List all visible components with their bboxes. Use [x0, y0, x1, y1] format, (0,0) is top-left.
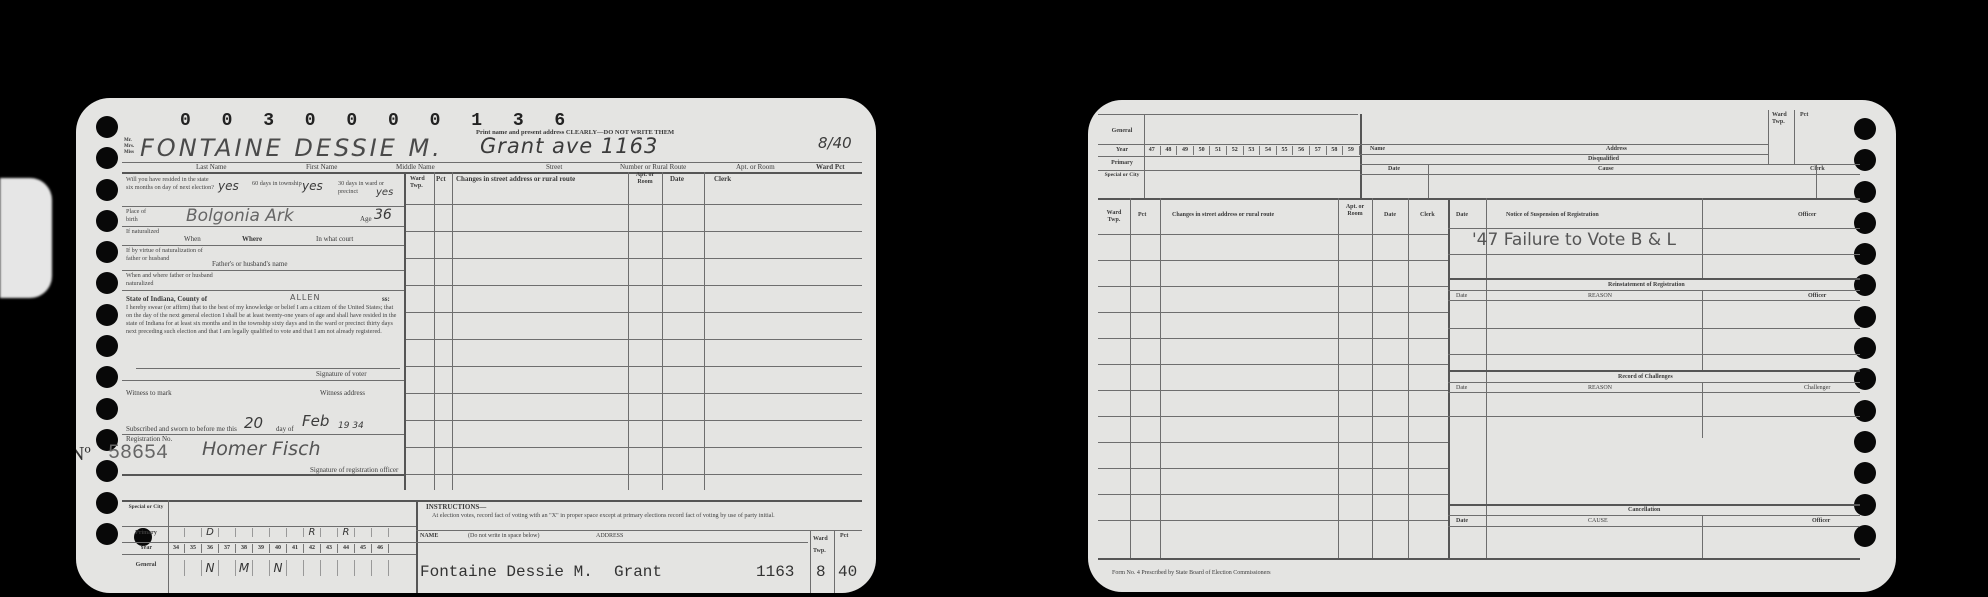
row-year: Year: [126, 545, 166, 551]
label-father-name: Father's or husband's name: [212, 261, 287, 268]
label-pct: Pct: [1800, 112, 1808, 118]
typed-pct: 40: [838, 564, 857, 580]
label-number: Number or Rural Route: [620, 164, 686, 171]
back-col-pct: Pct: [1138, 212, 1146, 218]
a-ward: yes: [376, 188, 393, 198]
front-primary-marks: D R R: [168, 528, 389, 537]
label-place-of-birth: Place of birth: [126, 208, 156, 224]
front-year-row: 34 35 36 37 38 39 40 41 42 43 44 45 46: [168, 544, 389, 553]
cancel-col-date: Date: [1456, 518, 1468, 524]
chal-col-challenger: Challenger: [1804, 385, 1830, 391]
back-row-general: General: [1102, 128, 1142, 134]
col-date: Date: [670, 176, 684, 183]
registration-number: 58654: [108, 444, 168, 464]
reinst-col-officer: Officer: [1808, 293, 1826, 299]
typed-street: Grant: [614, 564, 662, 580]
sworn-day: 20: [244, 416, 263, 431]
label-age: Age: [360, 216, 372, 223]
handwritten-address: Grant ave 1163: [480, 136, 658, 157]
a-township: yes: [302, 180, 323, 192]
title-options: Mr. Mrs. Miss: [124, 138, 134, 156]
cancellation-title: Cancellation: [1628, 507, 1660, 513]
label-last-name: Last Name: [196, 164, 227, 171]
sworn-text-a: Subscribed and sworn to before me this: [126, 426, 237, 433]
reinst-col-date: Date: [1456, 293, 1467, 299]
cancel-col-officer: Officer: [1812, 518, 1830, 524]
label-name: Name: [1370, 146, 1385, 152]
chal-col-reason: REASON: [1588, 385, 1612, 391]
handwritten-name: FONTAINE DESSIE M.: [140, 136, 443, 160]
susp-col-date: Date: [1456, 212, 1468, 218]
a-state-residence: yes: [218, 180, 239, 192]
back-col-clerk: Clerk: [1420, 212, 1435, 218]
susp-col-notice: Notice of Suspension of Registration: [1506, 212, 1599, 218]
cancel-col-cause: CAUSE: [1588, 518, 1608, 524]
age-value: 36: [374, 208, 392, 222]
footer-do-not-write: (Do not write in space below): [468, 533, 539, 539]
chal-col-date: Date: [1456, 385, 1467, 391]
back-col-apt-room: Apt. or Room: [1342, 204, 1368, 218]
label-address: Address: [1606, 146, 1627, 152]
label-court: In what court: [316, 236, 353, 243]
label-where: Where: [242, 236, 262, 243]
label-if-naturalized: If naturalized: [126, 228, 186, 236]
suspension-entry: '47 Failure to Vote B & L: [1472, 232, 1676, 249]
typed-name: Fontaine Dessie M.: [420, 564, 593, 580]
back-row-year: Year: [1102, 147, 1142, 153]
q-township: 60 days in township: [252, 180, 306, 188]
col-clerk: Clerk: [714, 176, 731, 183]
footer-label-ward: Ward Twp.: [813, 533, 833, 557]
col-changes: Changes in street address or rural route: [456, 176, 575, 183]
label-apt: Apt. or Room: [736, 164, 775, 171]
sworn-month: Feb: [302, 414, 329, 429]
col-apt-room: Apt. or Room: [632, 172, 658, 186]
reinst-col-reason: REASON: [1588, 293, 1612, 299]
serial-number: 0 0 3 0 0 0 0 1 3 6: [180, 112, 575, 130]
label-date: Date: [1388, 166, 1400, 172]
col-ward-twp: Ward Twp.: [410, 176, 432, 190]
front-general-marks: N M N: [168, 560, 389, 576]
sworn-year: 19 34: [338, 422, 364, 431]
row-general: General: [126, 562, 166, 568]
oath-text: I hereby swear (or affirm) that to the b…: [126, 304, 400, 336]
label-ward-pct: Ward Pct: [816, 164, 845, 171]
row-special-city: Special or City: [126, 504, 166, 511]
officer-signature: Homer Fisch: [202, 440, 321, 459]
instructions-text: At election votes, record fact of voting…: [432, 512, 852, 519]
back-col-changes: Changes in street address or rural route: [1172, 212, 1274, 218]
card-index-tab: [0, 178, 52, 298]
challenges-title: Record of Challenges: [1618, 374, 1673, 380]
label-when: When: [184, 236, 201, 243]
label-first-name: First Name: [306, 164, 337, 171]
label-witness-address: Witness address: [320, 390, 365, 397]
label-father-naturalized: When and where father or husband natural…: [126, 272, 216, 288]
reinstatement-title: Reinstatement of Registration: [1608, 282, 1685, 288]
sworn-text-b: day of: [276, 426, 294, 433]
footer-label-name: NAME: [420, 533, 438, 539]
oath-ss: ss:: [382, 296, 390, 303]
back-row-special: Special or City: [1102, 172, 1142, 179]
registration-card-front: 0 0 3 0 0 0 0 1 3 6 Print name and prese…: [76, 98, 876, 593]
q-state-residence: Will you have resided in the state six m…: [126, 176, 216, 192]
label-by-virtue: If by virtue of naturalization of father…: [126, 247, 206, 263]
typed-number: 1163: [756, 564, 794, 580]
oath-heading: State of Indiana, County of: [126, 296, 207, 303]
label-cause: Cause: [1598, 166, 1614, 172]
label-clerk: Clerk: [1810, 166, 1825, 172]
form-footer: Form No. 4 Prescribed by State Board of …: [1112, 570, 1271, 576]
back-col-ward-twp: Ward Twp.: [1102, 210, 1126, 224]
row-primary: Primary: [126, 530, 166, 536]
back-year-row: 47 48 49 50 51 52 53 54 55 56 57 58 59: [1144, 146, 1360, 155]
label-officer-signature: Signature of registration officer: [310, 467, 398, 474]
place-of-birth: Bolgonia Ark: [186, 208, 294, 225]
label-signature-voter: Signature of voter: [316, 371, 367, 378]
footer-label-address: ADDRESS: [596, 533, 623, 539]
label-ward-twp: Ward Twp.: [1772, 112, 1792, 126]
punch-holes-left: [96, 116, 118, 545]
label-street: Street: [546, 164, 562, 171]
susp-col-officer: Officer: [1798, 212, 1816, 218]
footer-label-pct: Pct: [840, 533, 848, 539]
punch-holes-right: [1854, 118, 1876, 547]
instructions-heading: INSTRUCTIONS—: [426, 504, 486, 511]
back-row-primary: Primary: [1102, 160, 1142, 166]
back-col-date: Date: [1384, 212, 1396, 218]
registration-no-prefix: Nº: [76, 444, 91, 464]
col-pct: Pct: [436, 176, 446, 183]
registration-card-back: General Year Primary Special or City 47 …: [1088, 100, 1896, 592]
label-disqualified: Disqualified: [1588, 156, 1619, 162]
label-middle-name: Middle Name: [396, 164, 435, 171]
oath-county: ALLEN: [290, 294, 320, 302]
label-witness-mark: Witness to mark: [126, 390, 172, 397]
typed-ward: 8: [816, 564, 826, 580]
handwritten-ward-pct: 8/40: [818, 136, 852, 151]
